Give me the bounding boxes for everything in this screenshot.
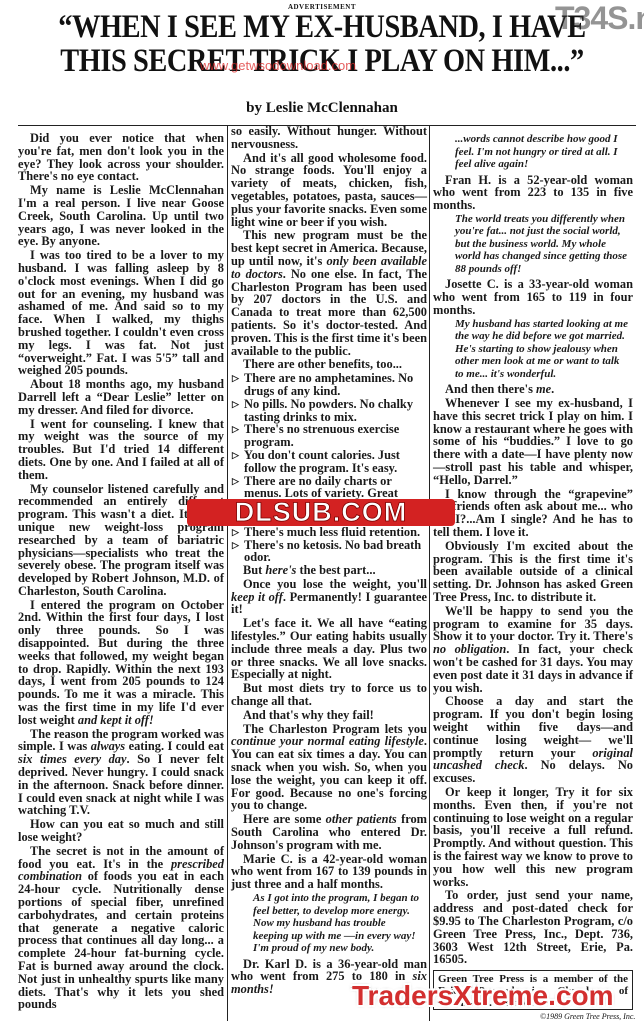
paragraph: Whenever I see my ex-husband, I have thi… bbox=[433, 397, 633, 487]
triangle-bullet-icon: ▷ bbox=[232, 449, 239, 462]
triangle-bullet-icon: ▷ bbox=[232, 475, 239, 488]
paragraph: Marie C. is a 42-year-old woman who went… bbox=[231, 853, 427, 891]
benefit-item: ▷There's no strenuous exercise program. bbox=[231, 423, 427, 449]
paragraph: Choose a day and start the program. If y… bbox=[433, 695, 633, 785]
testimonial-quote: As I got into the program, I began to fe… bbox=[253, 892, 423, 955]
triangle-bullet-icon: ▷ bbox=[232, 526, 239, 539]
triangle-bullet-icon: ▷ bbox=[232, 423, 239, 436]
paragraph: The Charleston Program lets you continue… bbox=[231, 723, 427, 813]
paragraph: How can you eat so much and still lose w… bbox=[18, 818, 224, 844]
triangle-bullet-icon: ▷ bbox=[232, 398, 239, 411]
benefit-item: ▷You don't count calories. Just follow t… bbox=[231, 449, 427, 475]
byline: by Leslie McClennahan bbox=[0, 100, 644, 117]
watermark-top-right: T34S.net bbox=[555, 0, 644, 37]
paragraph: so easily. Without hunger. Without nervo… bbox=[231, 125, 427, 151]
paragraph: And then there's me. bbox=[433, 383, 633, 396]
article-column-2: so easily. Without hunger. Without nervo… bbox=[231, 125, 427, 997]
watermark-center: DLSUB.COM bbox=[187, 499, 455, 526]
paragraph: And it's all good wholesome food. No str… bbox=[231, 152, 427, 229]
paragraph: Did you ever notice that when you're fat… bbox=[18, 132, 224, 183]
benefits-intro: There are other benefits, too... bbox=[231, 358, 427, 371]
paragraph: But most diets try to force us to change… bbox=[231, 682, 427, 708]
paragraph: Let's face it. We all have “eating lifes… bbox=[231, 617, 427, 681]
advertisement-page: ADVERTISEMENT “WHEN I SEE MY EX-HUSBAND,… bbox=[0, 0, 644, 1024]
watermark-bottom-right: TradersXtreme.com bbox=[352, 981, 613, 1011]
paragraph: I know through the “grapevine” his frien… bbox=[433, 488, 633, 539]
paragraph: Josette C. is a 33-year-old woman who we… bbox=[433, 278, 633, 316]
watermark-url: www.getwsodownload.com bbox=[200, 58, 356, 73]
article-column-3: ...words cannot describe how good I feel… bbox=[433, 132, 633, 1010]
paragraph: I entered the program on October 2nd. Wi… bbox=[18, 599, 224, 727]
watermark-center-text: DLSUB.COM bbox=[187, 499, 455, 526]
paragraph: Here are some other patients from South … bbox=[231, 813, 427, 851]
copyright-notice: ©1989 Green Tree Press, Inc. bbox=[540, 1012, 635, 1021]
paragraph: About 18 months ago, my husband Darrell … bbox=[18, 378, 224, 416]
paragraph: My name is Leslie McClennahan I'm a real… bbox=[18, 184, 224, 248]
paragraph: I was too tired to be a lover to my husb… bbox=[18, 249, 224, 377]
paragraph: This new program must be the best kept s… bbox=[231, 229, 427, 357]
testimonial-quote: The world treats you differently when yo… bbox=[455, 213, 629, 276]
column-divider-2 bbox=[429, 125, 430, 1021]
testimonial-quote: My husband has started looking at me the… bbox=[455, 318, 629, 381]
triangle-bullet-icon: ▷ bbox=[232, 539, 239, 552]
article-column-1: Did you ever notice that when you're fat… bbox=[18, 132, 224, 1012]
headline-line-1: “WHEN I SEE MY EX-HUSBAND, I HAVE bbox=[45, 10, 599, 44]
paragraph: And that's why they fail! bbox=[231, 709, 427, 722]
paragraph: The reason the program worked was simple… bbox=[18, 728, 224, 818]
column-divider-1 bbox=[227, 125, 228, 1021]
paragraph: We'll be happy to send you the program t… bbox=[433, 605, 633, 695]
paragraph: I went for counseling. I knew that my we… bbox=[18, 418, 224, 482]
paragraph: Or keep it longer, Try it for six months… bbox=[433, 786, 633, 888]
order-instructions: To order, just send your name, address a… bbox=[433, 889, 633, 966]
testimonial-quote: ...words cannot describe how good I feel… bbox=[455, 133, 629, 171]
paragraph: Fran H. is a 52-year-old woman who went … bbox=[433, 174, 633, 212]
benefit-item: ▷No pills. No powders. No chalky tasting… bbox=[231, 398, 427, 424]
triangle-bullet-icon: ▷ bbox=[232, 372, 239, 385]
benefit-item: ▷There's no ketosis. No bad breath odor. bbox=[231, 539, 427, 565]
paragraph: Once you lose the weight, you'll keep it… bbox=[231, 578, 427, 616]
paragraph: The secret is not in the amount of food … bbox=[18, 845, 224, 1011]
paragraph: Obviously I'm excited about the program.… bbox=[433, 540, 633, 604]
benefit-item: ▷There are no amphetamines. No drugs of … bbox=[231, 372, 427, 398]
paragraph: But here's the best part... bbox=[231, 564, 427, 577]
